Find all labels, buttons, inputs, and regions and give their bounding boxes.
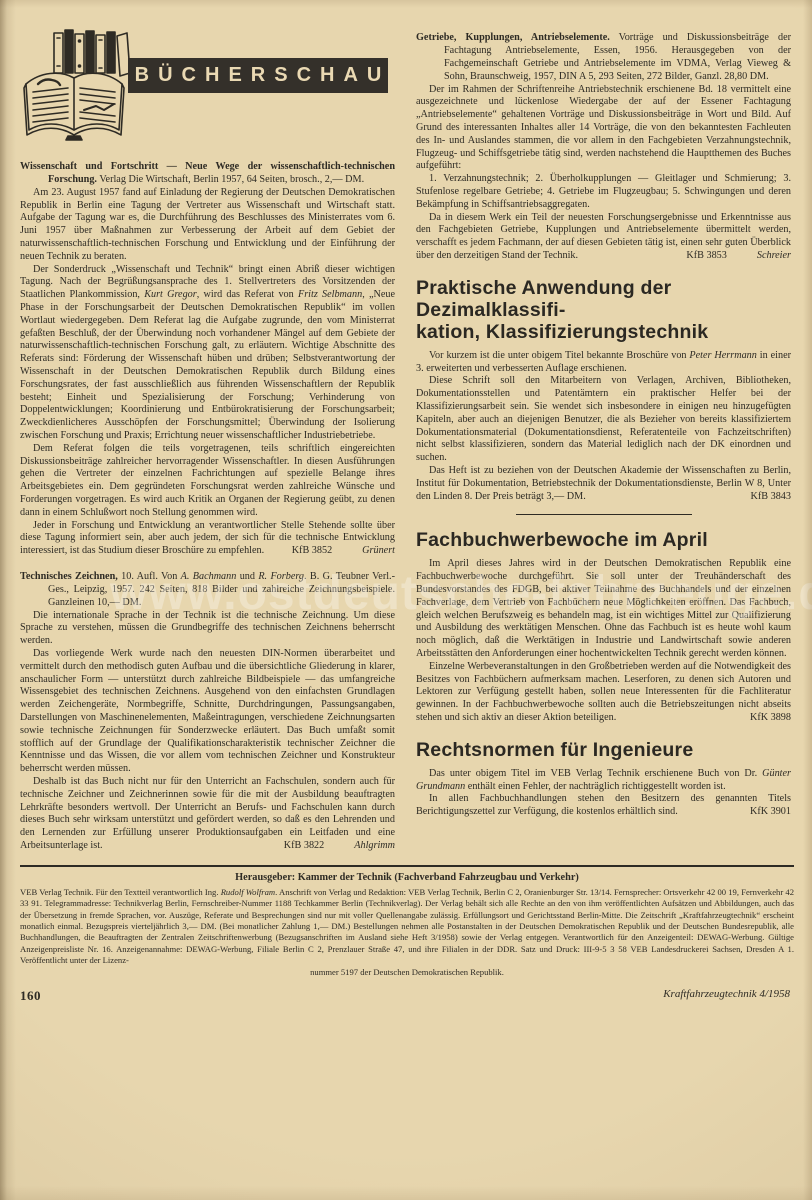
buecherschau-header: BÜCHERSCHAU <box>20 24 395 148</box>
book-title: Getriebe, Kupplungen, Antriebselemente. … <box>416 32 791 84</box>
review-code: KfB 3852 <box>292 545 332 556</box>
article-paragraph: Im April dieses Jahres wird in der Deuts… <box>416 558 791 660</box>
journal-page: BÜCHERSCHAU Wissenschaft und Fortschritt… <box>20 24 794 1004</box>
review-code: KfB 3853 <box>686 250 726 261</box>
journal-name: Kraftfahrzeugtechnik 4/1958 <box>663 988 790 1004</box>
left-column-articles: Wissenschaft und Fortschritt — Neue Wege… <box>20 161 395 853</box>
open-book-icon <box>16 26 134 148</box>
footer-divider <box>20 865 794 867</box>
article-paragraph: Das Heft ist zu beziehen von der Deutsch… <box>416 465 791 503</box>
review-signature: KfB 3853Schreier <box>674 250 791 263</box>
article-paragraph: Jeder in Forschung und Entwicklung an ve… <box>20 520 395 558</box>
article-paragraph: Vor kurzem ist die unter obigem Titel be… <box>416 350 791 376</box>
article-paragraph: Das unter obigem Titel im VEB Verlag Tec… <box>416 768 791 794</box>
article-paragraph: Das vorliegende Werk wurde nach den neue… <box>20 648 395 776</box>
review-signature: KfB 3822Ahlgrimm <box>272 840 395 853</box>
section-divider <box>516 514 692 515</box>
left-column: BÜCHERSCHAU Wissenschaft und Fortschritt… <box>20 24 395 853</box>
article-paragraph: In allen Fachbuchhandlungen stehen den B… <box>416 793 791 819</box>
article-paragraph: Der Sonderdruck „Wissenschaft und Techni… <box>20 264 395 443</box>
review-code: KfK 3901 <box>750 806 791 817</box>
article-paragraph: Die internationale Sprache in der Techni… <box>20 610 395 648</box>
review-signature: KfK 3901 <box>738 806 791 819</box>
section-heading: Rechtsnormen für Ingenieure <box>416 739 791 761</box>
review-signature: KfB 3852Grünert <box>280 545 395 558</box>
imprint-text: VEB Verlag Technik. Für den Textteil ver… <box>20 887 794 967</box>
article-paragraph: Dem Referat folgen die teils vorgetragen… <box>20 443 395 520</box>
article-paragraph: Der im Rahmen der Schriftenreihe Antrieb… <box>416 84 791 174</box>
book-title: Wissenschaft und Fortschritt — Neue Wege… <box>20 161 395 187</box>
reviewer-name: Schreier <box>757 250 791 261</box>
review-code: KfK 3898 <box>750 712 791 723</box>
review-code: KfB 3843 <box>751 491 791 502</box>
book-title: Technisches Zeichnen, 10. Aufl. Von A. B… <box>20 571 395 610</box>
reviewer-name: Ahlgrimm <box>354 840 395 851</box>
article-paragraph: Einzelne Werbeveranstaltungen in den Gro… <box>416 661 791 725</box>
imprint-last-line: nummer 5197 der Deutschen Demokratischen… <box>20 967 794 978</box>
review-code: KfB 3822 <box>284 840 324 851</box>
section-heading: Fachbuchwerbewoche im April <box>416 529 791 551</box>
article-paragraph: Diese Schrift soll den Mitarbeitern von … <box>416 375 791 465</box>
review-signature: KfK 3898 <box>738 712 791 725</box>
page-footer: 160 Kraftfahrzeugtechnik 4/1958 <box>20 988 794 1004</box>
article-paragraph: Da in diesem Werk ein Teil der neuesten … <box>416 212 791 263</box>
page-number: 160 <box>20 988 41 1004</box>
review-signature: KfB 3843 <box>739 491 791 504</box>
publisher-line: Herausgeber: Kammer der Technik (Fachver… <box>20 872 794 883</box>
article-paragraph: 1. Verzahnungstechnik; 2. Überholkupplun… <box>416 173 791 211</box>
article-paragraph: Deshalb ist das Buch nicht nur für den U… <box>20 776 395 853</box>
buecherschau-banner: BÜCHERSCHAU <box>128 58 388 93</box>
article-paragraph: Am 23. August 1957 fand auf Einladung de… <box>20 187 395 264</box>
section-heading: Praktische Anwendung der Dezimalklassifi… <box>416 277 791 343</box>
reviewer-name: Grünert <box>362 545 395 556</box>
right-column: Getriebe, Kupplungen, Antriebselemente. … <box>416 24 791 853</box>
banner-title: BÜCHERSCHAU <box>126 64 391 87</box>
two-column-layout: BÜCHERSCHAU Wissenschaft und Fortschritt… <box>20 24 794 853</box>
